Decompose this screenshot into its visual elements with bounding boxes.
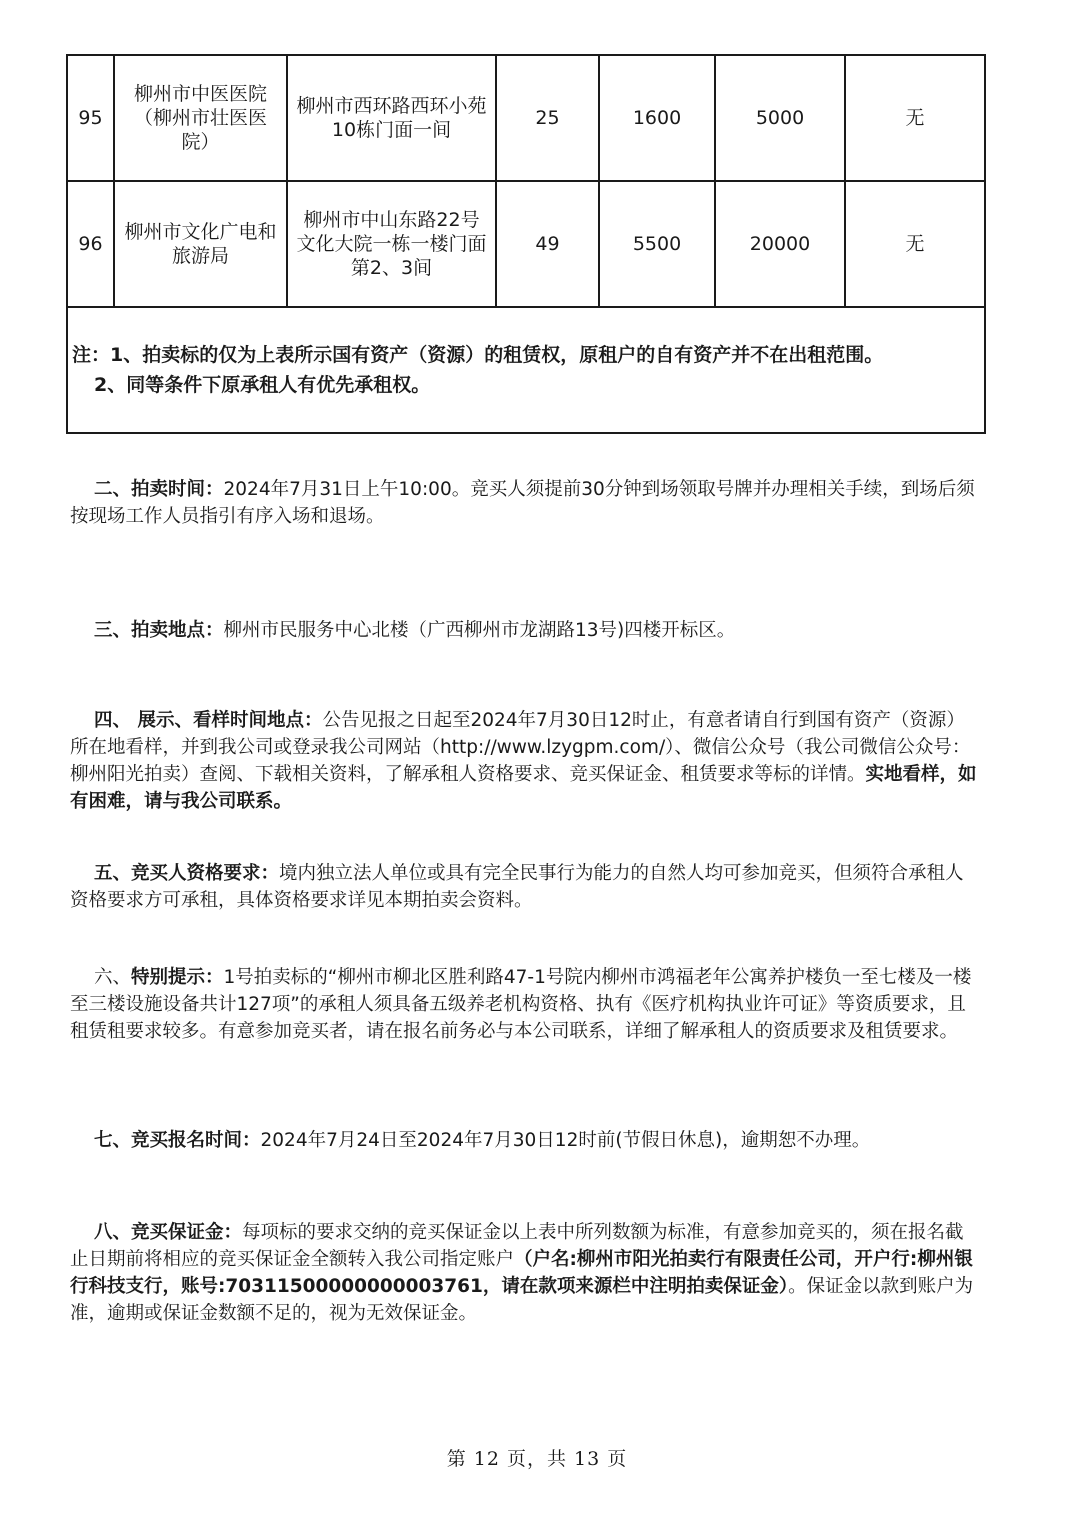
section-title: 五、竞买人资格要求： <box>70 863 279 884</box>
item-number: 95 <box>67 55 114 181</box>
item-deposit: 5000 <box>715 55 845 181</box>
section-title: 三、拍卖地点： <box>70 620 224 641</box>
section-title: 二、拍卖时间： <box>70 479 224 500</box>
section-special-notice: 六、特别提示：1号拍卖标的“柳州市柳北区胜利路47-1号院内柳州市鸿福老年公寓养… <box>70 964 982 1045</box>
section-auction-location: 三、拍卖地点：柳州市民服务中心北楼（广西柳州市龙湖路13号)四楼开标区。 <box>70 617 982 644</box>
item-area: 49 <box>496 181 599 307</box>
section-qualification: 五、竞买人资格要求：境内独立法人单位或具有完全民事行为能力的自然人均可参加竞买，… <box>70 860 982 914</box>
item-location: 柳州市西环路西环小苑10栋门面一间 <box>287 55 496 181</box>
section-title: 八、竞买保证金： <box>70 1222 242 1243</box>
section-title: 特别提示： <box>131 967 224 988</box>
section-title: 七、竞买报名时间： <box>70 1130 261 1151</box>
item-unit: 柳州市中医医院（柳州市壮医医院） <box>114 55 287 181</box>
item-location: 柳州市中山东路22号文化大院一栋一楼门面第2、3间 <box>287 181 496 307</box>
item-price: 5500 <box>599 181 715 307</box>
section-body: 2024年7月24日至2024年7月30日12时前(节假日休息)，逾期恕不办理。 <box>261 1130 871 1151</box>
item-number: 96 <box>67 181 114 307</box>
table-row: 96 柳州市文化广电和旅游局 柳州市中山东路22号文化大院一栋一楼门面第2、3间… <box>67 181 985 307</box>
table-row: 95 柳州市中医医院（柳州市壮医医院） 柳州市西环路西环小苑10栋门面一间 25… <box>67 55 985 181</box>
auction-items-table: 95 柳州市中医医院（柳州市壮医医院） 柳州市西环路西环小苑10栋门面一间 25… <box>66 54 986 434</box>
section-deposit: 八、竞买保证金：每项标的要求交纳的竞买保证金以上表中所列数额为标准，有意参加竞买… <box>70 1219 982 1327</box>
section-prefix: 六、 <box>70 967 131 988</box>
section-registration-time: 七、竞买报名时间：2024年7月24日至2024年7月30日12时前(节假日休息… <box>70 1127 982 1154</box>
item-note: 无 <box>845 55 985 181</box>
section-viewing: 四、 展示、看样时间地点：公告见报之日起至2024年7月30日12时止，有意者请… <box>70 707 982 815</box>
section-body: 柳州市民服务中心北楼（广西柳州市龙湖路13号)四楼开标区。 <box>224 620 736 641</box>
section-auction-time: 二、拍卖时间：2024年7月31日上午10:00。竞买人须提前30分钟到场领取号… <box>70 476 982 530</box>
item-area: 25 <box>496 55 599 181</box>
section-title: 四、 展示、看样时间地点： <box>70 710 322 731</box>
item-unit: 柳州市文化广电和旅游局 <box>114 181 287 307</box>
note-line-2: 2、同等条件下原承租人有优先承租权。 <box>72 370 980 400</box>
item-price: 1600 <box>599 55 715 181</box>
table-note: 注：1、拍卖标的仅为上表所示国有资产（资源）的租赁权，原租户的自有资产并不在出租… <box>67 307 985 433</box>
item-deposit: 20000 <box>715 181 845 307</box>
note-line-1: 注：1、拍卖标的仅为上表所示国有资产（资源）的租赁权，原租户的自有资产并不在出租… <box>72 340 980 370</box>
page-number: 第 12 页，共 13 页 <box>0 1444 1074 1471</box>
item-note: 无 <box>845 181 985 307</box>
